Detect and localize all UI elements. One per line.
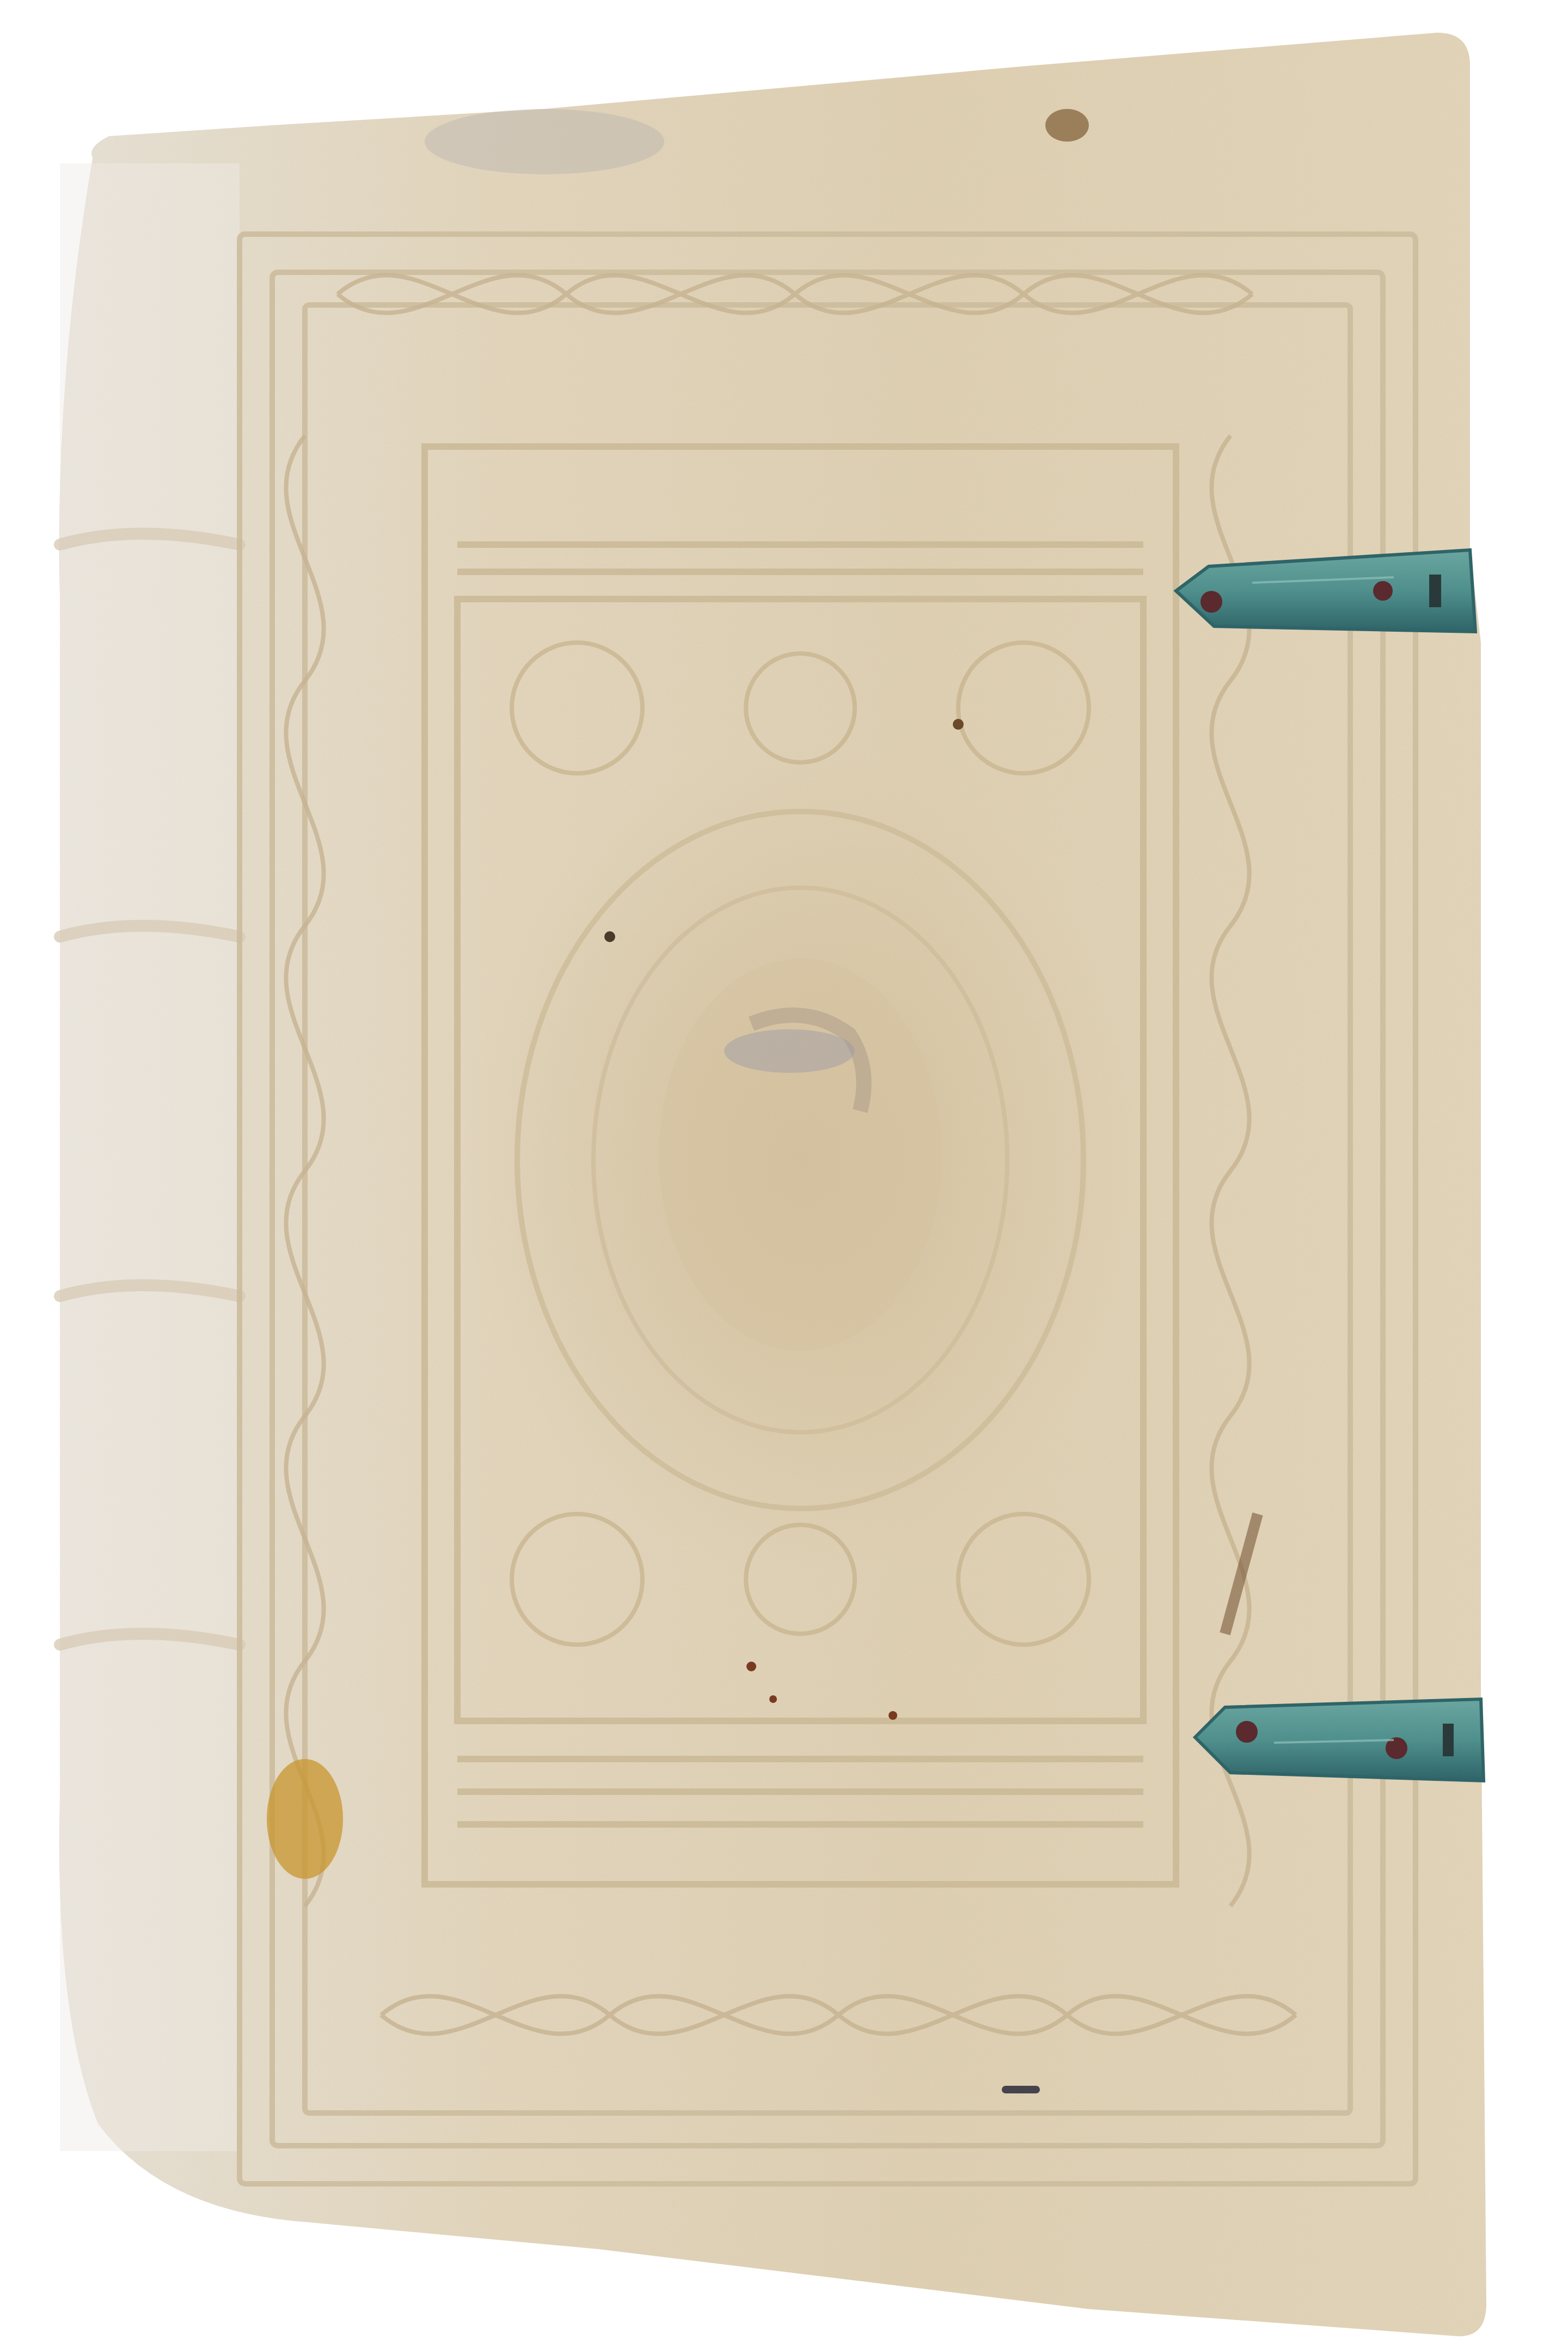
book-cover-illustration	[0, 0, 1568, 2351]
book-cover-photo	[0, 0, 1568, 2351]
lower-clasp-icon	[1195, 1699, 1484, 1781]
spine-edge	[60, 163, 240, 2151]
